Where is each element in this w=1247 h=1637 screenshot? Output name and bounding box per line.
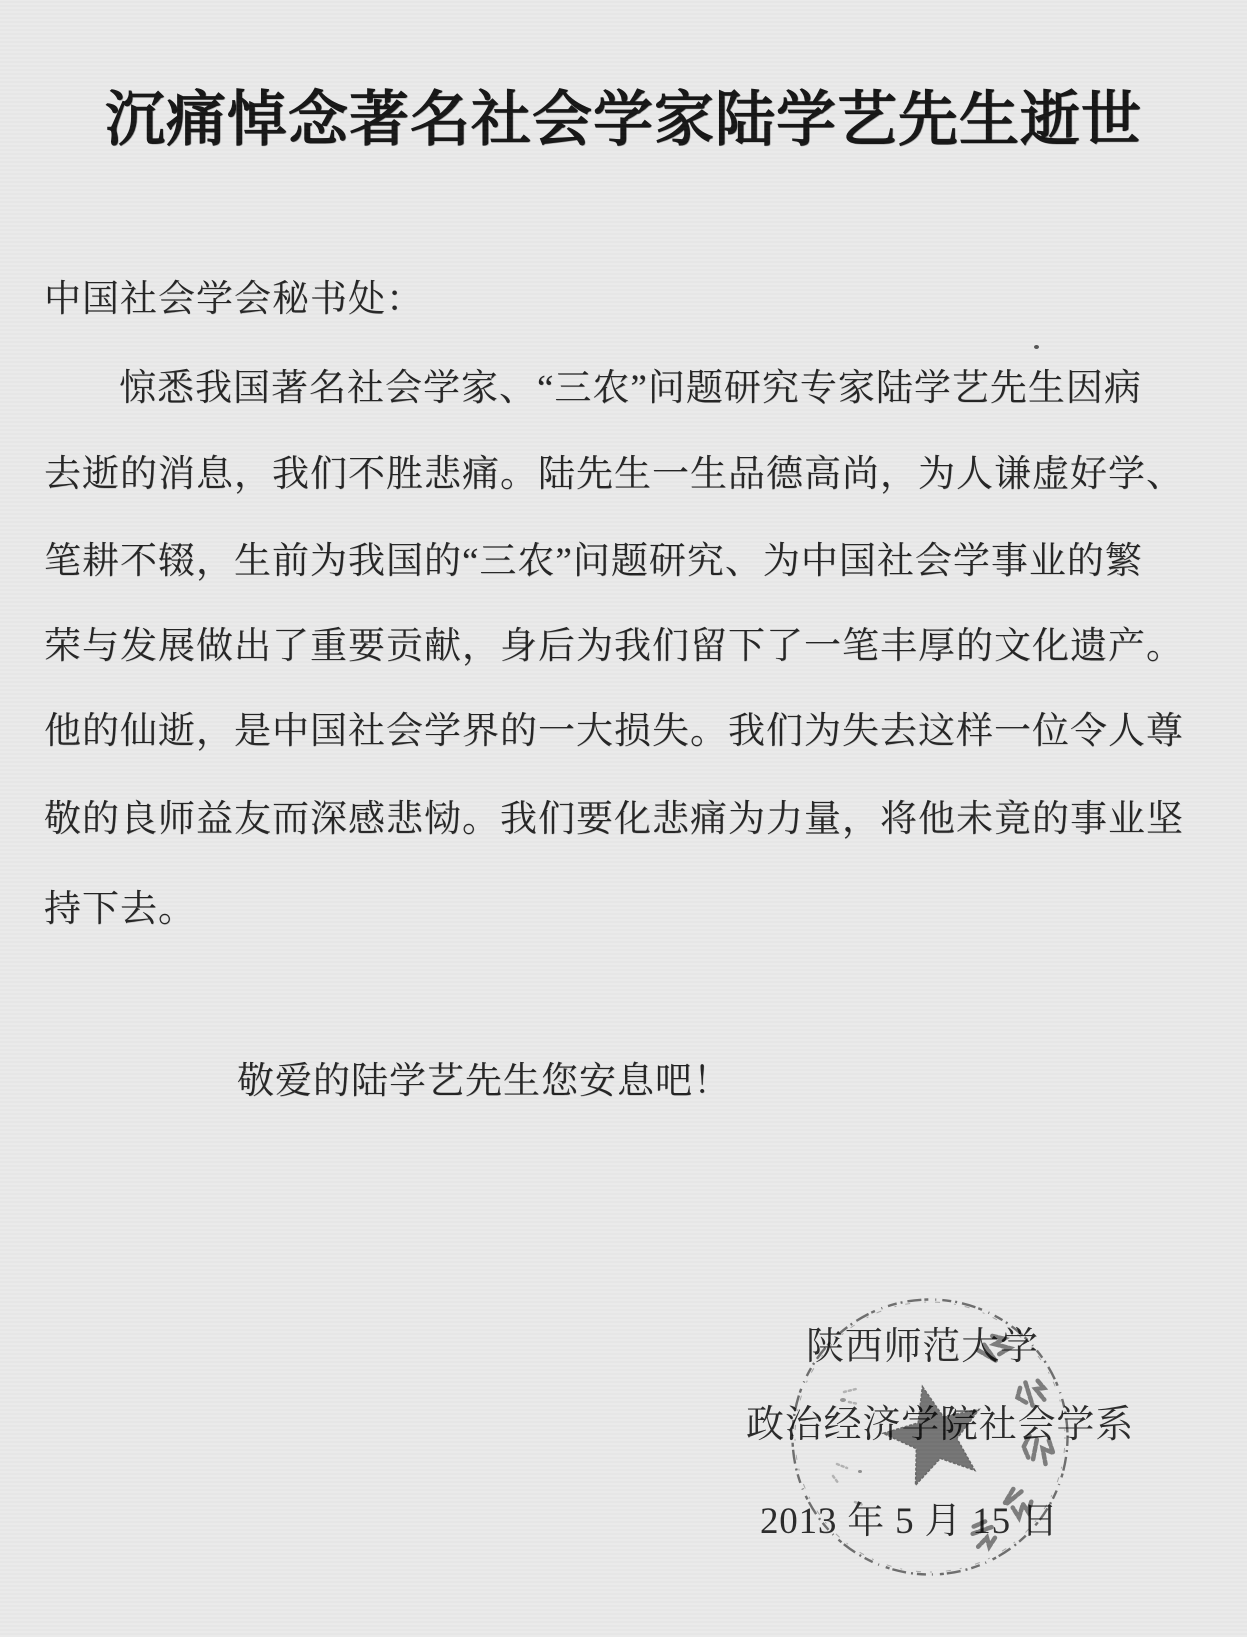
body-line: 持下去。 [44, 891, 196, 928]
seal-smudges [833, 1389, 863, 1505]
farewell-line: 敬爱的陆学艺先生您安息吧！ [237, 1063, 731, 1100]
scanned-condolence-letter: 沉痛悼念著名社会学家陆学艺先生逝世 中国社会学会秘书处： 惊悉我国著名社会学家、… [0, 0, 1247, 1637]
body-line: 惊悉我国著名社会学家、“三农”问题研究专家陆学艺先生因病 [119, 370, 1142, 407]
body-line: 荣与发展做出了重要贡献，身后为我们留下了一笔丰厚的文化遗产。 [44, 628, 1184, 665]
body-line: 敬的良师益友而深感悲恸。我们要化悲痛为力量，将他未竟的事业坚 [44, 801, 1184, 838]
body-line: 他的仙逝，是中国社会学界的一大损失。我们为失去这样一位令人尊 [44, 713, 1184, 750]
scan-noise-dot [1034, 345, 1039, 349]
star-icon [874, 1375, 993, 1490]
salutation-line: 中国社会学会秘书处： [44, 281, 424, 318]
page-title: 沉痛悼念著名社会学家陆学艺先生逝世 [0, 90, 1247, 150]
body-line: 去逝的消息，我们不胜悲痛。陆先生一生品德高尚，为人谦虚好学、 [44, 456, 1184, 493]
official-seal-stamp [789, 1294, 1073, 1584]
scan-noise-dot [840, 1398, 846, 1402]
scan-noise-dot [858, 1470, 862, 1473]
body-line: 笔耕不辍，生前为我国的“三农”问题研究、为中国社会学事业的繁 [44, 543, 1143, 580]
